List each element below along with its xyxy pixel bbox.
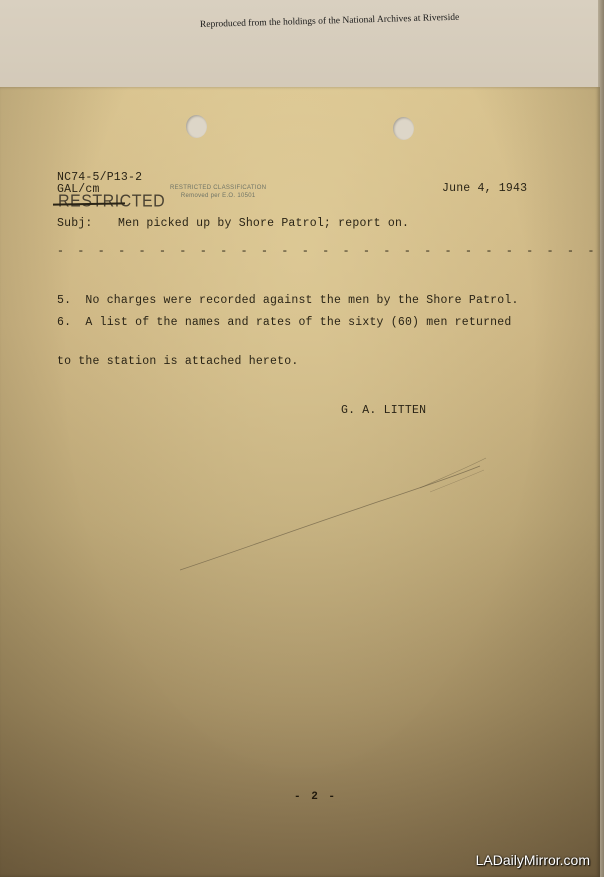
paragraph-line: 6. A list of the names and rates of the …: [57, 316, 511, 329]
page-number: - 2 -: [294, 791, 337, 803]
punch-hole-left: [186, 115, 207, 138]
subject-label: Subj:: [57, 217, 93, 230]
site-watermark: LADailyMirror.com: [476, 852, 590, 868]
memo-date: June 4, 1943: [442, 182, 527, 195]
memo-page: NC74-5/P13-2 GAL/cm RESTRICTED RESTRICTE…: [0, 87, 600, 877]
separator-line: - - - - - - - - - - - - - - - - - - - - …: [57, 245, 604, 258]
paragraph-6: 6. A list of the names and rates of the …: [57, 290, 511, 394]
stamp-line-2: Removed per E.O. 10501: [170, 192, 266, 200]
signature-block: G. A. LITTEN: [341, 404, 426, 417]
punch-hole-right: [393, 117, 414, 140]
stamp-line-1: RESTRICTED CLASSIFICATION: [170, 184, 266, 192]
paragraph-line: to the station is attached hereto.: [57, 355, 511, 368]
declassification-stamp: RESTRICTED CLASSIFICATION Removed per E.…: [170, 184, 266, 200]
pencil-mark: [180, 430, 500, 580]
backing-sheet: [0, 0, 604, 95]
subject-text: Men picked up by Shore Patrol; report on…: [118, 217, 409, 230]
